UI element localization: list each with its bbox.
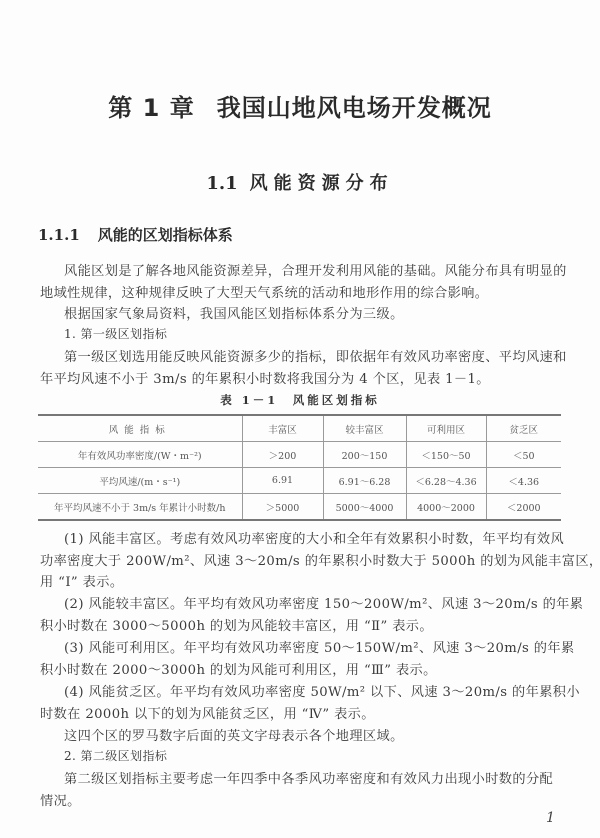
- table-cell: 年有效风功率密度/(W・m⁻²): [38, 442, 242, 468]
- chapter-title: 第 1 章我国山地风电场开发概况: [0, 88, 600, 123]
- text-line: 地域性规律，这种规律反映了大型天气系统的活动和地形作用的综合影响。: [40, 282, 488, 301]
- table-cell: 6.91: [242, 468, 323, 494]
- table-caption: 表 1－1 风能区划指标: [0, 392, 600, 408]
- text-line: 积小时数在 2000～3000h 的划为风能可利用区，用 “Ⅲ” 表示。: [40, 659, 437, 678]
- section-title-text: 风能资源分布: [250, 173, 394, 194]
- table-row: 年平均风速不小于 3m/s 年累计小时数/h ＞5000 5000～4000 4…: [38, 494, 561, 521]
- text-line: (4) 风能贫乏区。年平均有效风功率密度 50W/m² 以下、风速 3～20m/…: [64, 681, 580, 700]
- page-number: 1: [546, 810, 555, 826]
- subsection-title: 1.1.1风能的区划指标体系: [38, 224, 233, 245]
- table-row: 年有效风功率密度/(W・m⁻²) ＞200 200～150 ＜150～50 ＜5…: [38, 442, 561, 468]
- table-row: 平均风速/(m・s⁻¹) 6.91 6.91～6.28 ＜6.28～4.36 ＜…: [38, 468, 561, 494]
- table-cell: ＞200: [242, 442, 323, 468]
- table-cell: 4000～2000: [406, 494, 486, 521]
- table-header: 风能指标: [38, 415, 242, 442]
- text-line: 第二级区划指标主要考虑一年四季中各季风功率密度和有效风力出现小时数的分配: [64, 768, 553, 787]
- text-line: 用 “Ⅰ” 表示。: [40, 571, 123, 590]
- text-line: 积小时数在 3000～5000h 的划为风能较丰富区，用 “Ⅱ” 表示。: [40, 615, 433, 634]
- section-title: 1.1风能资源分布: [0, 169, 600, 195]
- table-header-row: 风能指标 丰富区 较丰富区 可利用区 贫乏区: [38, 415, 561, 442]
- table-cell: 6.91～6.28: [323, 468, 406, 494]
- table-cell: 年平均风速不小于 3m/s 年累计小时数/h: [38, 494, 242, 521]
- table-header: 可利用区: [406, 415, 486, 442]
- text-line: 风能区划是了解各地风能资源差异，合理开发利用风能的基础。风能分布具有明显的: [64, 260, 567, 279]
- chapter-number: 第 1 章: [108, 94, 194, 122]
- table-cell: 200～150: [323, 442, 406, 468]
- text-line: 年平均风速不小于 3m/s 的年累积小时数将我国分为 4 个区，见表 1－1。: [40, 368, 490, 387]
- table-cell: ＜2000: [486, 494, 561, 521]
- table-cell: ＞5000: [242, 494, 323, 521]
- text-line: 时数在 2000h 以下的划为风能贫乏区，用 “Ⅳ” 表示。: [40, 703, 375, 722]
- text-line: 情况。: [40, 790, 81, 809]
- table-header: 丰富区: [242, 415, 323, 442]
- subsection-title-text: 风能的区划指标体系: [98, 226, 233, 244]
- table-cell: 平均风速/(m・s⁻¹): [38, 468, 242, 494]
- subsection-number: 1.1.1: [38, 226, 80, 244]
- table-cell: ＜150～50: [406, 442, 486, 468]
- table-cell: ＜50: [486, 442, 561, 468]
- text-line: 功率密度大于 200W/m²、风速 3～20m/s 的年累积小时数大于 5000…: [40, 550, 600, 569]
- table-cell: ＜4.36: [486, 468, 561, 494]
- text-line: 这四个区的罗马数字后面的英文字母表示各个地理区域。: [64, 725, 404, 744]
- text-line: (1) 风能丰富区。考虑有效风功率密度的大小和全年有效累积小时数，年平均有效风: [64, 528, 564, 547]
- text-line: 根据国家气象局资料，我国风能区划指标体系分为三级。: [64, 303, 404, 322]
- chapter-title-text: 我国山地风电场开发概况: [217, 94, 492, 122]
- list-heading: 2. 第二级区划指标: [64, 747, 167, 764]
- text-line: (2) 风能较丰富区。年平均有效风功率密度 150～200W/m²、风速 3～2…: [64, 593, 583, 612]
- text-line: (3) 风能可利用区。年平均有效风功率密度 50～150W/m²、风速 3～20…: [64, 637, 575, 656]
- text-line: 第一级区划选用能反映风能资源多少的指标，即依据年有效风功率密度、平均风速和: [64, 346, 567, 365]
- list-heading: 1. 第一级区划指标: [64, 325, 167, 342]
- table-cell: 5000～4000: [323, 494, 406, 521]
- table-header: 较丰富区: [323, 415, 406, 442]
- table-header: 贫乏区: [486, 415, 561, 442]
- table-cell: ＜6.28～4.36: [406, 468, 486, 494]
- section-number: 1.1: [206, 173, 237, 194]
- wind-zoning-table: 风能指标 丰富区 较丰富区 可利用区 贫乏区 年有效风功率密度/(W・m⁻²) …: [38, 414, 561, 521]
